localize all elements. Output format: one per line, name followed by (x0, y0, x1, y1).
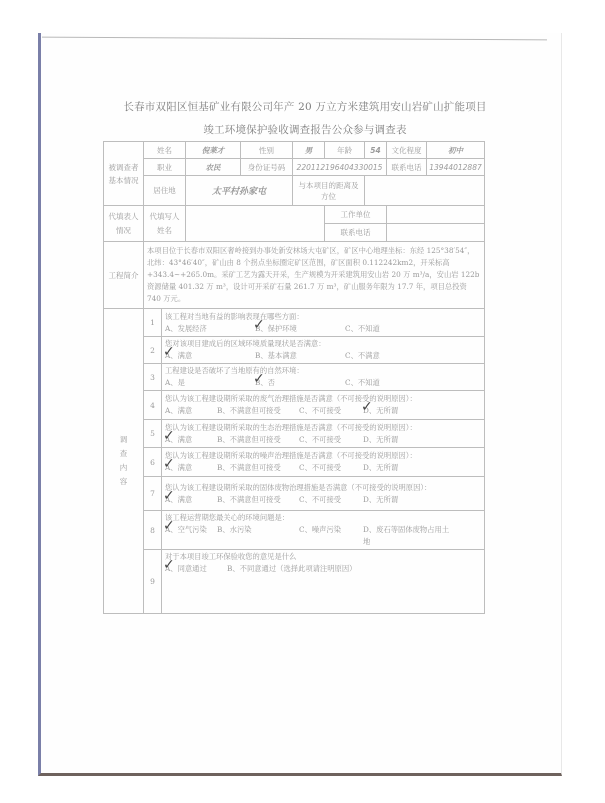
survey-question-row: 5您认为该工程建设期所采取的生态治理措施是否满意（不可接受的说明原因）：A、满意… (104, 420, 485, 448)
occupation-value: 农民 (186, 159, 241, 176)
check-mark-icon: ✓ (163, 489, 175, 503)
residence-label: 居住地 (144, 176, 186, 206)
question-text: 该工程对当地有益的影响表现在哪些方面： (165, 311, 481, 323)
answer-option[interactable]: C、噪声污染 (299, 524, 363, 548)
check-mark-icon: ✓ (361, 400, 373, 414)
question-number: 5 (144, 420, 162, 448)
question-text: 您认为该工程建设期所采取的生态治理措施是否满意（不可接受的说明原因）： (165, 422, 481, 434)
answer-option[interactable]: A、满意✓ (165, 494, 217, 506)
distance-label: 与本项目的距离及方位 (293, 176, 365, 206)
question-text: 该工程运营期您最关心的环境问题是： (165, 512, 481, 524)
answer-option[interactable]: D、无所谓 (363, 462, 453, 474)
answer-options: A、是B、否✓C、不知道 (165, 377, 481, 389)
answer-option[interactable]: A、满意✓ (165, 434, 217, 446)
age-value: 54 (365, 142, 387, 159)
answer-options: A、满意✓B、不满意但可接受C、不可接受D、无所谓 (165, 462, 481, 474)
question-number: 1 (144, 309, 162, 337)
question-text: 您认为该工程建设期所采取的噪声治理措施是否满意（不可接受的说明原因）： (165, 450, 481, 462)
phone-value: 13944012887 (427, 159, 485, 176)
answer-options: A、满意✓B、不满意但可接受C、不可接受D、无所谓 (165, 434, 481, 446)
work-unit-label: 工作单位 (325, 206, 387, 224)
answer-option[interactable]: C、不知道 (345, 377, 435, 389)
work-unit-value (387, 206, 485, 224)
check-mark-icon: ✓ (163, 429, 175, 443)
age-label: 年龄 (325, 142, 365, 159)
question-text: 您认为该工程建设期所采取的固体废物治理措施是否满意（不可接受的说明原因）： (165, 482, 481, 494)
answer-option[interactable]: B、不满意但可接受 (217, 405, 299, 417)
answer-option[interactable]: C、不可接受 (299, 434, 363, 446)
gender-label: 性别 (241, 142, 293, 159)
answer-option[interactable]: A、空气污染✓ (165, 524, 217, 548)
answer-option[interactable]: A、满意 (165, 405, 217, 417)
proxy-section-label: 代填表人情况 (104, 206, 144, 242)
question-number: 4 (144, 391, 162, 420)
project-intro-text: 本项目位于长春市双阳区奢岭接到办事处新安林场大屯矿区，矿区中心地理坐标：东经 1… (144, 242, 485, 309)
answer-option[interactable]: B、不满意但可接受 (217, 434, 299, 446)
respondent-section-label: 被调查者基本情况 (104, 142, 144, 206)
answer-options: A、发展经济B、保护环境✓C、不知道 (165, 323, 481, 335)
survey-form-table: 被调查者基本情况 姓名 倪莱才 性别 男 年龄 54 文化程度 初中 职业 农民… (103, 141, 485, 614)
survey-section-label: 调查内容 (104, 309, 144, 614)
document-title-line2: 竣工环境保护验收调查报告公众参与调查表 (95, 122, 515, 137)
question-number: 8 (144, 511, 162, 550)
answer-option[interactable]: B、水污染 (217, 524, 299, 548)
question-text: 对于本项目竣工环保验收您的意见是什么 (165, 551, 481, 563)
answer-option[interactable]: A、满意✓ (165, 350, 255, 362)
question-number: 3 (144, 364, 162, 391)
answer-option[interactable]: D、无所谓 (363, 434, 453, 446)
answer-option[interactable]: C、不知道 (345, 323, 435, 335)
proxy-name-label: 代填写人姓名 (144, 206, 186, 242)
check-mark-icon: ✓ (163, 519, 175, 533)
answer-option[interactable]: B、保护环境✓ (255, 323, 345, 335)
proxy-phone-label: 联系电话 (325, 224, 387, 242)
answer-option[interactable]: D、无所谓✓ (363, 405, 453, 417)
proxy-name-value (186, 206, 325, 242)
answer-option[interactable]: A、满意✓ (165, 462, 217, 474)
question-text: 工程建设是否破坏了当地原有的自然环境： (165, 365, 481, 377)
survey-question-row: 2您对该项目建成后的区域环境质量现状是否满意：A、满意✓B、基本满意C、不满意 (104, 337, 485, 364)
answer-option[interactable]: C、不可接受 (299, 462, 363, 474)
name-value: 倪莱才 (186, 142, 241, 159)
name-label: 姓名 (144, 142, 186, 159)
survey-question-row: 7您认为该工程建设期所采取的固体废物治理措施是否满意（不可接受的说明原因）：A、… (104, 477, 485, 511)
question-text: 您对该项目建成后的区域环境质量现状是否满意： (165, 338, 481, 350)
residence-value: 太平村孙家屯 (186, 176, 293, 206)
occupation-label: 职业 (144, 159, 186, 176)
answer-option[interactable]: A、发展经济 (165, 323, 255, 335)
answer-options: A、同意通过✓B、不同意通过（选择此项请注明原因） (165, 563, 481, 575)
answer-option[interactable]: B、否✓ (255, 377, 345, 389)
answer-option[interactable]: A、同意通过✓ (165, 563, 227, 575)
distance-value (365, 176, 485, 206)
document-title-line1: 长春市双阳区恒基矿业有限公司年产 20 万立方米建筑用安山岩矿山扩能项目 (95, 99, 515, 114)
survey-question-row: 3工程建设是否破坏了当地原有的自然环境：A、是B、否✓C、不知道 (104, 364, 485, 391)
education-value: 初中 (427, 142, 485, 159)
phone-label: 联系电话 (387, 159, 427, 176)
answer-option[interactable]: A、是 (165, 377, 255, 389)
answer-option[interactable]: B、基本满意 (255, 350, 345, 362)
education-label: 文化程度 (387, 142, 427, 159)
check-mark-icon: ✓ (253, 318, 265, 332)
answer-options: A、空气污染✓B、水污染C、噪声污染D、废石等固体废物占用土地 (165, 524, 481, 548)
answer-options: A、满意B、不满意但可接受C、不可接受D、无所谓✓ (165, 405, 481, 417)
question-number: 2 (144, 337, 162, 364)
question-number: 9 (144, 550, 162, 614)
answer-option[interactable]: B、不满意但可接受 (217, 462, 299, 474)
survey-question-row: 9对于本项目竣工环保验收您的意见是什么A、同意通过✓B、不同意通过（选择此项请注… (104, 550, 485, 614)
answer-options: A、满意✓B、不满意但可接受C、不可接受D、无所谓 (165, 494, 481, 506)
survey-question-row: 调查内容1该工程对当地有益的影响表现在哪些方面：A、发展经济B、保护环境✓C、不… (104, 309, 485, 337)
answer-option[interactable]: C、不可接受 (299, 494, 363, 506)
check-mark-icon: ✓ (163, 558, 175, 572)
check-mark-icon: ✓ (253, 372, 265, 386)
gender-value: 男 (293, 142, 325, 159)
survey-question-row: 4您认为该工程建设期所采取的废气治理措施是否满意（不可接受的说明原因）：A、满意… (104, 391, 485, 420)
answer-options: A、满意✓B、基本满意C、不满意 (165, 350, 481, 362)
id-label: 身份证号码 (241, 159, 293, 176)
check-mark-icon: ✓ (163, 345, 175, 359)
survey-question-row: 6您认为该工程建设期所采取的噪声治理措施是否满意（不可接受的说明原因）：A、满意… (104, 448, 485, 477)
answer-option[interactable]: B、不同意通过（选择此项请注明原因） (227, 563, 427, 575)
project-intro-label: 工程简介 (104, 242, 144, 309)
answer-option[interactable]: C、不可接受 (299, 405, 363, 417)
proxy-phone-value (387, 224, 485, 242)
survey-question-row: 8该工程运营期您最关心的环境问题是：A、空气污染✓B、水污染C、噪声污染D、废石… (104, 511, 485, 550)
question-number: 6 (144, 448, 162, 477)
question-text: 您认为该工程建设期所采取的废气治理措施是否满意（不可接受的说明原因）： (165, 393, 481, 405)
answer-option[interactable]: C、不满意 (345, 350, 435, 362)
answer-option[interactable]: D、废石等固体废物占用土地 (363, 524, 453, 548)
answer-option[interactable]: B、不满意但可接受 (217, 494, 299, 506)
answer-option[interactable]: D、无所谓 (363, 494, 453, 506)
question-number: 7 (144, 477, 162, 511)
id-value: 220112196404330015 (293, 159, 387, 176)
check-mark-icon: ✓ (163, 457, 175, 471)
